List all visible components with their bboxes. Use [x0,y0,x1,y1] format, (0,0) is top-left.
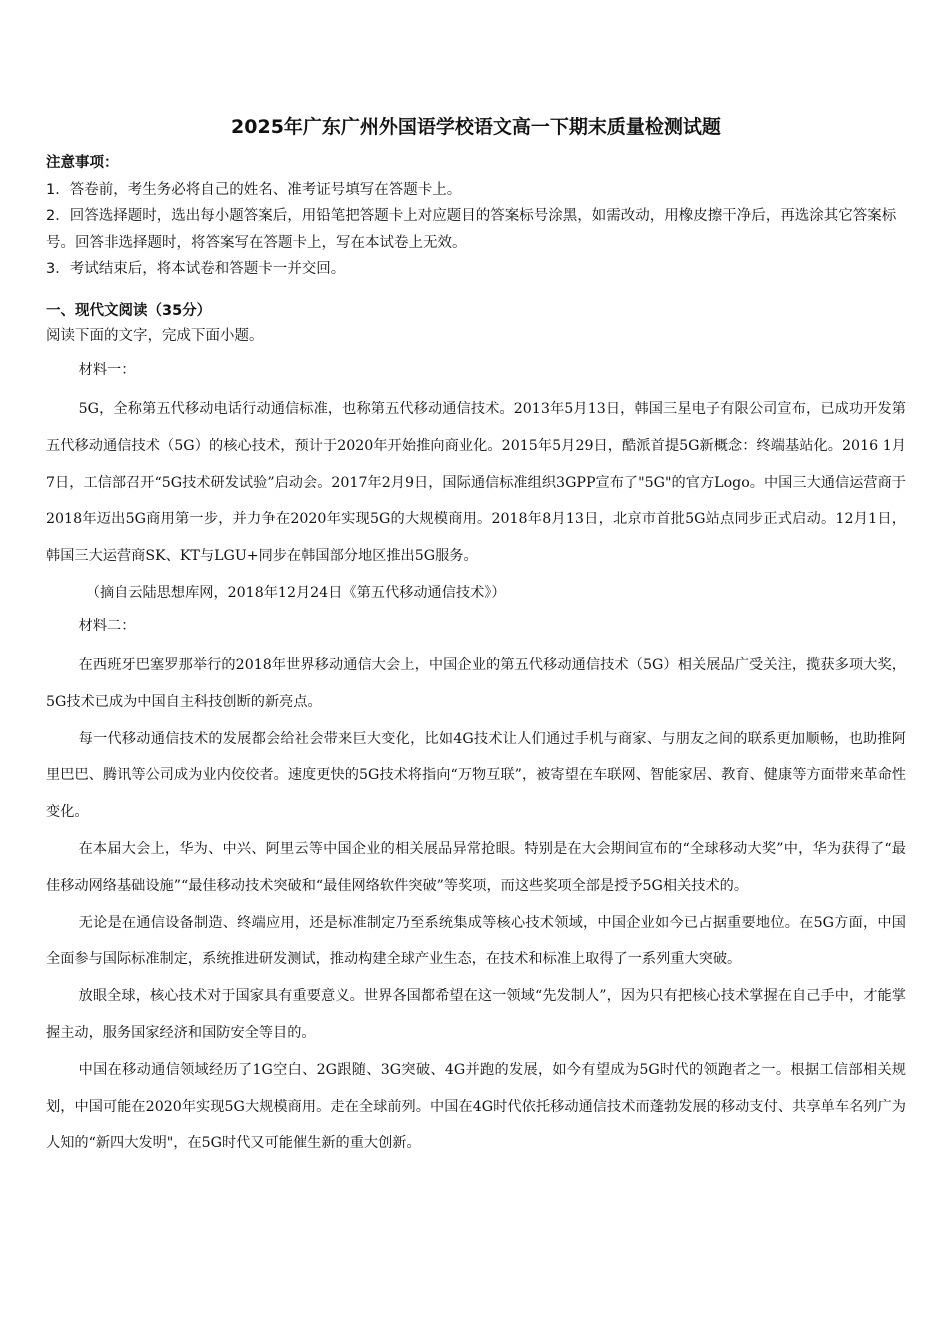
material-2-paragraph-4: 无论是在通信设备制造、终端应用，还是标准制定乃至系统集成等核心技术领域，中国企业… [46,905,906,979]
notice-item-2: 2．回答选择题时，选出每小题答案后，用铅笔把答题卡上对应题目的答案标号涂黑，如需… [46,203,906,256]
section-instruction: 阅读下面的文字，完成下面小题。 [46,325,264,347]
document-title: 2025年广东广州外国语学校语文高一下期末质量检测试题 [46,112,906,139]
material-1-source: （摘自云陆思想库网，2018年12月24日《第五代移动通信技术》） [46,575,906,611]
material-2-label: 材料二： [46,611,906,647]
section-heading: 一、现代文阅读（35分） [46,300,211,322]
notice-item-1: 1．答卷前，考生务必将自己的姓名、准考证号填写在答题卡上。 [46,177,906,204]
material-2-paragraph-6: 中国在移动通信领域经历了1G空白、2G跟随、3G突破、4G并跑的发展，如今有望成… [46,1052,906,1162]
notice-item-3: 3．考试结束后，将本试卷和答题卡一并交回。 [46,256,906,283]
material-1-label: 材料一： [46,355,906,391]
notice-heading: 注意事项： [46,150,906,177]
notice-block: 注意事项： 1．答卷前，考生务必将自己的姓名、准考证号填写在答题卡上。 2．回答… [46,150,906,283]
reading-material: 材料一： 5G，全称第五代移动电话行动通信标准，也称第五代移动通信技术。2013… [46,355,906,1162]
material-2-paragraph-5: 放眼全球，核心技术对于国家具有重要意义。世界各国都希望在这一领域“先发制人”，因… [46,978,906,1052]
material-2-paragraph-2: 每一代移动通信技术的发展都会给社会带来巨大变化，比如4G技术让人们通过手机与商家… [46,721,906,831]
material-1-paragraph: 5G，全称第五代移动电话行动通信标准，也称第五代移动通信技术。2013年5月13… [46,391,906,575]
material-2-paragraph-3: 在本届大会上，华为、中兴、阿里云等中国企业的相关展品异常抢眼。特别是在大会期间宣… [46,831,906,905]
material-2-paragraph-1: 在西班牙巴塞罗那举行的2018年世界移动通信大会上，中国企业的第五代移动通信技术… [46,647,906,721]
